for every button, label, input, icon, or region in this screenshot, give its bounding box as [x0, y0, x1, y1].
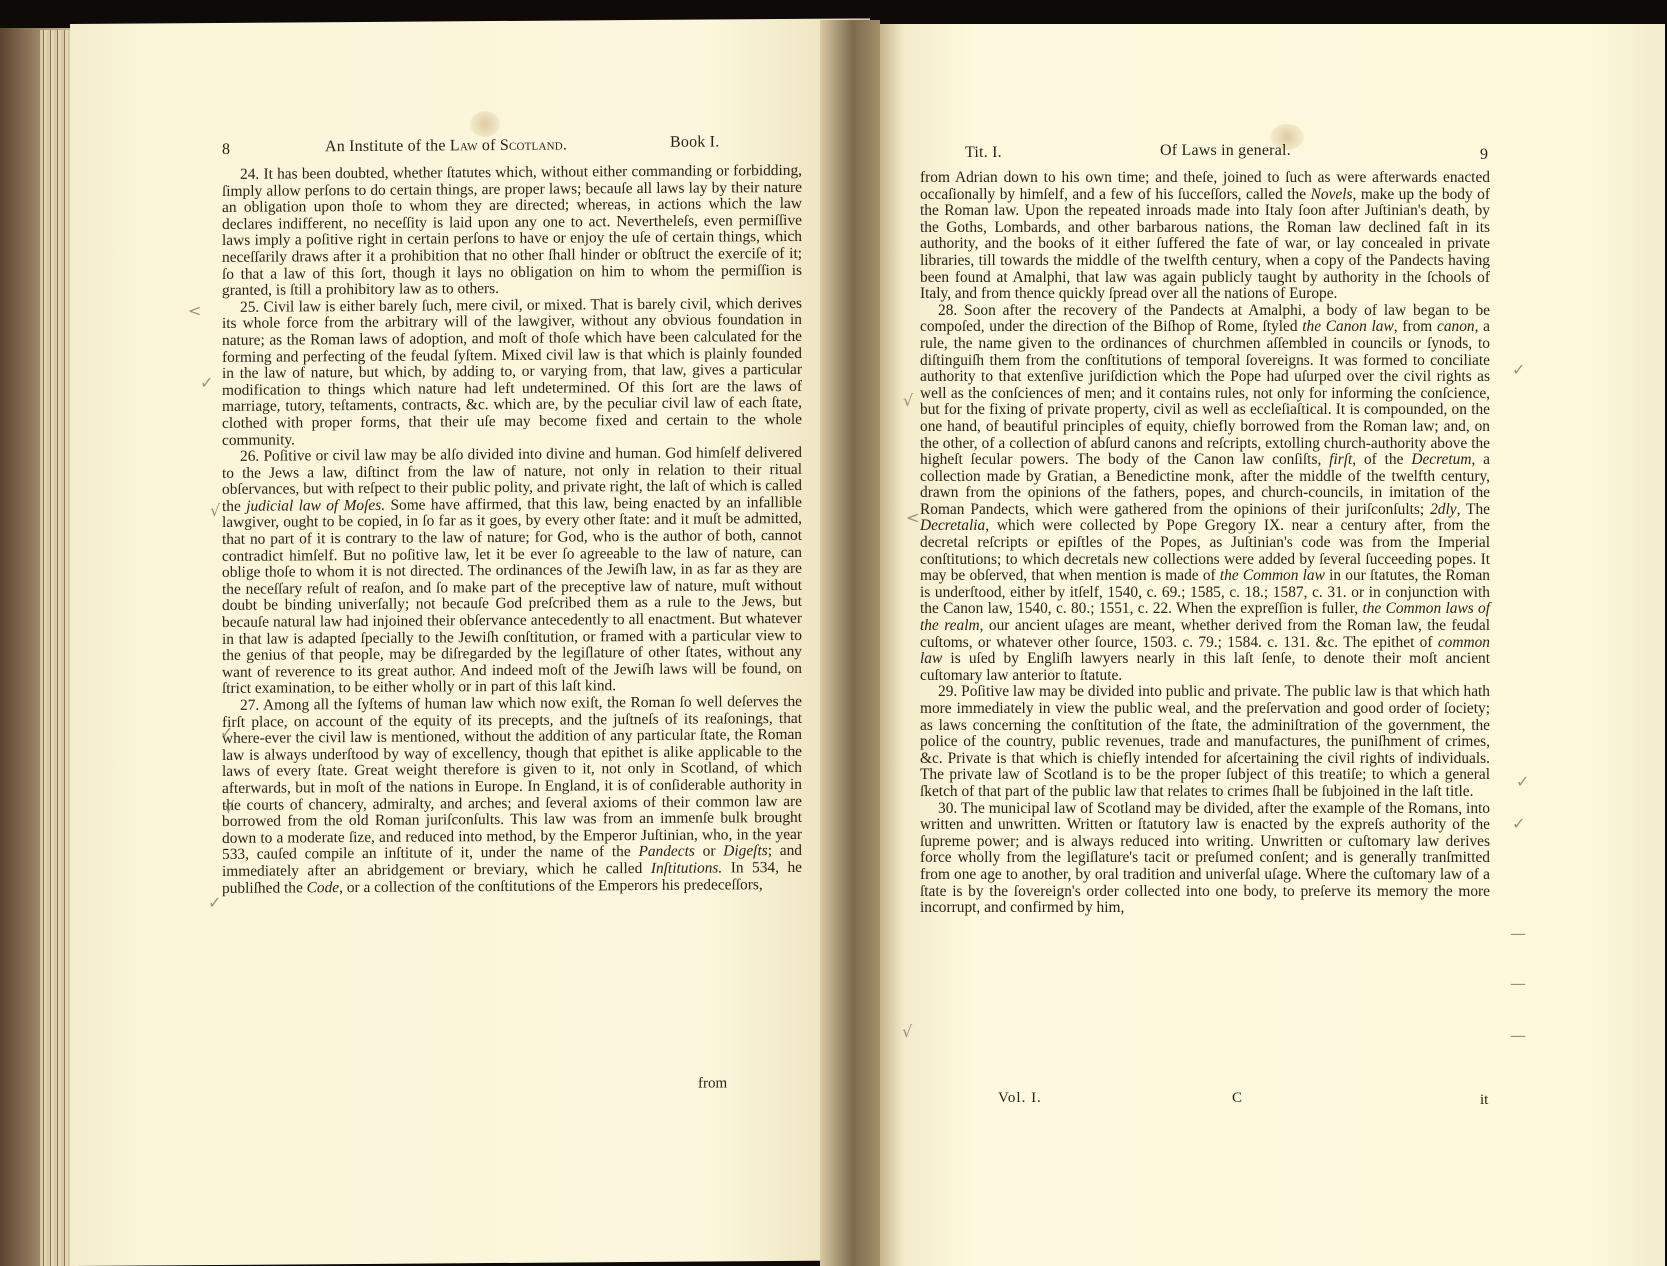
- volume-signature: Vol. I.: [998, 1090, 1042, 1107]
- page-number: 9: [1480, 146, 1488, 164]
- p27c-italic: Novels: [1311, 186, 1353, 203]
- catchword: it: [1480, 1092, 1488, 1109]
- p28-t9: , our ancient uſages are meant, whether …: [920, 617, 1490, 651]
- gathering-signature: C: [1232, 1090, 1242, 1107]
- running-title: An Institute of the Law of Scotland.: [325, 137, 567, 157]
- book-gutter: [820, 20, 880, 1266]
- paragraph-27-a: 27. Among all the ſyſtems of human law w…: [222, 693, 802, 863]
- p28-i6: Decretalia: [920, 517, 985, 534]
- paragraph-28: 28. Soon after the recovery of the Pande…: [920, 303, 1490, 685]
- p28-t10: is uſed by Engliſh lawyers nearly in thi…: [920, 650, 1490, 684]
- running-left: Tit. I.: [965, 144, 1002, 162]
- paragraph-29: 29. Poſitive law may be divided into pub…: [920, 684, 1490, 800]
- paragraph-26-b: Some have affirmed, that this law, being…: [222, 494, 802, 698]
- catchword: from: [698, 1075, 727, 1092]
- paragraph-27-i2: Digeſts: [723, 842, 767, 859]
- running-book: Book I.: [670, 133, 719, 151]
- paragraph-27-i3: Inſtitutions.: [651, 859, 722, 876]
- margin-mark: —: [1510, 924, 1526, 943]
- p28-i5: 2dly: [1430, 501, 1457, 518]
- margin-mark: √: [224, 798, 234, 817]
- p28-t4: , of the: [1352, 451, 1411, 468]
- right-text-block: from Adrian down to his own time; and th…: [920, 170, 1490, 917]
- margin-mark: ✓: [1512, 360, 1525, 379]
- margin-mark: ✓: [220, 723, 233, 742]
- p28-t2: , from: [1394, 318, 1437, 335]
- p28-i1: the Canon law: [1302, 318, 1394, 335]
- paragraph-24: 24. It has been doubted, whether ſtatute…: [222, 163, 802, 300]
- margin-mark: <: [188, 301, 201, 320]
- p28-i3: firſt: [1329, 451, 1352, 468]
- margin-mark: —: [1510, 974, 1526, 993]
- running-title-law: Law: [450, 137, 478, 154]
- running-title-scotland: Scotland.: [500, 137, 567, 154]
- p27c-b: , make up the body of the Roman law. Upo…: [920, 186, 1490, 303]
- right-page: Tit. I. Of Laws in general. 9 from Adria…: [880, 24, 1665, 1266]
- paper-stain: [470, 111, 500, 137]
- paragraph-27-m1: or: [695, 843, 723, 860]
- margin-mark: ✓: [1512, 814, 1525, 833]
- paragraph-30: 30. The municipal law of Scotland may be…: [920, 801, 1490, 917]
- p28-i7: the Common law: [1220, 567, 1325, 584]
- margin-mark: ✓: [1516, 772, 1529, 791]
- paragraph-27-b: , or a collection of the conſtitutions o…: [339, 876, 763, 896]
- paragraph-25: 25. Civil law is either barely ſuch, mer…: [222, 296, 802, 449]
- left-text-block: 24. It has been doubted, whether ſtatute…: [222, 163, 802, 897]
- p28-i2: canon: [1437, 318, 1475, 335]
- p28-t6: , The: [1457, 501, 1490, 518]
- paragraph-27: 27. Among all the ſyſtems of human law w…: [222, 694, 802, 897]
- left-page: 8 An Institute of the Law of Scotland. B…: [70, 18, 870, 1266]
- margin-mark: √: [902, 1022, 912, 1041]
- p28-i4: Decretum: [1411, 451, 1471, 468]
- running-title-prefix: An Institute of the: [325, 137, 450, 155]
- running-title-of: of: [478, 137, 500, 154]
- paragraph-26-italic: judicial law of Moſes.: [246, 497, 385, 515]
- p28-t3: , a rule, the name given to the ordinanc…: [920, 318, 1490, 468]
- running-title: Of Laws in general.: [1160, 142, 1291, 160]
- page-number: 8: [222, 141, 230, 159]
- margin-mark: √: [903, 391, 913, 410]
- margin-mark: ✓: [200, 373, 213, 392]
- paragraph-27-i1: Pandects: [638, 843, 694, 860]
- margin-mark: —: [1510, 1026, 1526, 1045]
- margin-mark: ✓: [208, 893, 221, 912]
- paragraph-26: 26. Poſitive or civil law may be alſo di…: [222, 445, 802, 698]
- margin-mark: <: [906, 508, 919, 527]
- margin-mark: √: [210, 501, 220, 520]
- paragraph-27-continued: from Adrian down to his own time; and th…: [920, 170, 1490, 303]
- paragraph-27-i4: Code: [307, 879, 340, 896]
